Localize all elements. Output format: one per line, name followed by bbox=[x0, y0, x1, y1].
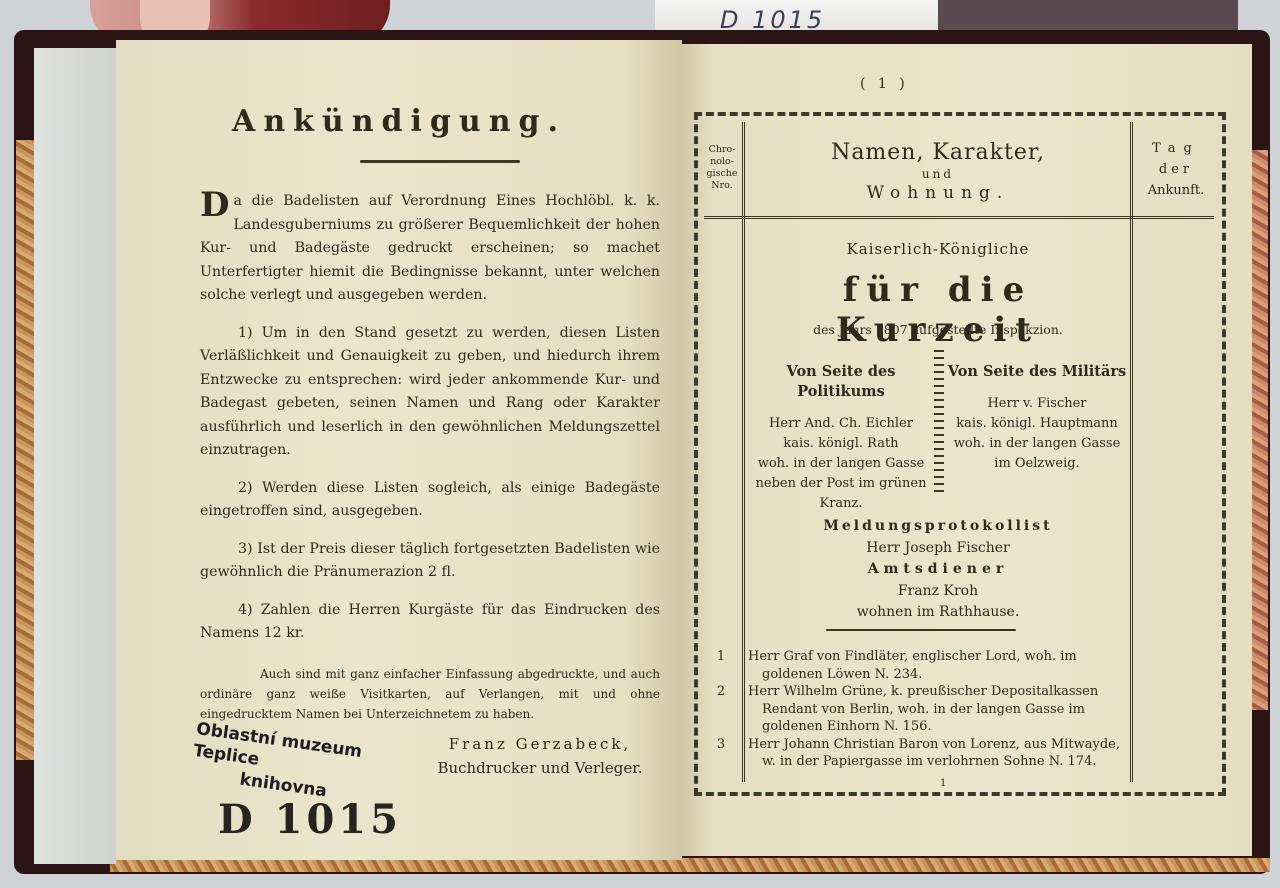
header-name-character-residence: Namen, Karakter, und Wohnung. bbox=[748, 140, 1128, 203]
section-rule bbox=[826, 629, 1016, 631]
guest-entry: 2 Herr Wilhelm Grüne, k. preußischer Dep… bbox=[700, 683, 1128, 736]
visiting-cards-note: Auch sind mit ganz einfacher Einfassung … bbox=[200, 664, 660, 724]
registration-office: Meldungsprotokollist Herr Joseph Fischer… bbox=[748, 516, 1128, 624]
page-number: ( 1 ) bbox=[860, 76, 909, 92]
header-rule bbox=[704, 216, 1214, 219]
guest-list: 1 Herr Graf von Findläter, englischer Lo… bbox=[700, 648, 1128, 771]
militaer-column: Von Seite des Militärs Herr v. Fischer k… bbox=[944, 362, 1130, 474]
intro-paragraph: Da die Badelisten auf Verordnung Eines H… bbox=[200, 190, 660, 308]
dropcap: D bbox=[200, 190, 229, 220]
endpaper bbox=[34, 48, 116, 864]
marbled-edge-bottom bbox=[110, 858, 1270, 872]
marbled-edge-right bbox=[1250, 150, 1268, 710]
kk-heading: Kaiserlich-Königliche bbox=[748, 240, 1128, 258]
condition-2: 2) Werden diese Listen sogleich, als ein… bbox=[200, 477, 660, 524]
announcement-body: Da die Badelisten auf Verordnung Eines H… bbox=[200, 190, 660, 738]
call-number-stamp: D 1015 bbox=[218, 796, 402, 843]
page-title: Ankündigung. bbox=[116, 104, 682, 139]
signature: Franz Gerzabeck, Buchdrucker und Verlege… bbox=[420, 732, 660, 780]
header-chronological-number: Chro- nolo- gische Nro. bbox=[704, 144, 740, 192]
signature-name: Franz Gerzabeck, bbox=[420, 732, 660, 756]
inspection-year: des Jahrs 1807 aufgestellte Inspekzion. bbox=[748, 322, 1128, 337]
condition-1: 1) Um in den Stand gesetzt zu werden, di… bbox=[200, 322, 660, 463]
kurzeit-heading: für die Kurzeit bbox=[748, 270, 1128, 350]
marbled-edge-left bbox=[16, 140, 36, 760]
guest-entry: 1 Herr Graf von Findläter, englischer Lo… bbox=[700, 648, 1128, 683]
column-rule-right bbox=[1130, 122, 1133, 782]
title-rule bbox=[360, 160, 520, 163]
header-arrival-day: Tag der Ankunft. bbox=[1140, 138, 1212, 201]
politikum-column: Von Seite des Politikums Herr And. Ch. E… bbox=[748, 362, 934, 514]
condition-4: 4) Zahlen die Herren Kurgäste für das Ei… bbox=[200, 599, 660, 646]
signature-title: Buchdrucker und Verleger. bbox=[420, 756, 660, 780]
condition-3: 3) Ist der Preis dieser täglich fortgese… bbox=[200, 538, 660, 585]
star-divider bbox=[934, 350, 944, 496]
guest-entry: 3 Herr Johann Christian Baron von Lorenz… bbox=[700, 736, 1128, 771]
catchword: 1 bbox=[940, 778, 946, 789]
